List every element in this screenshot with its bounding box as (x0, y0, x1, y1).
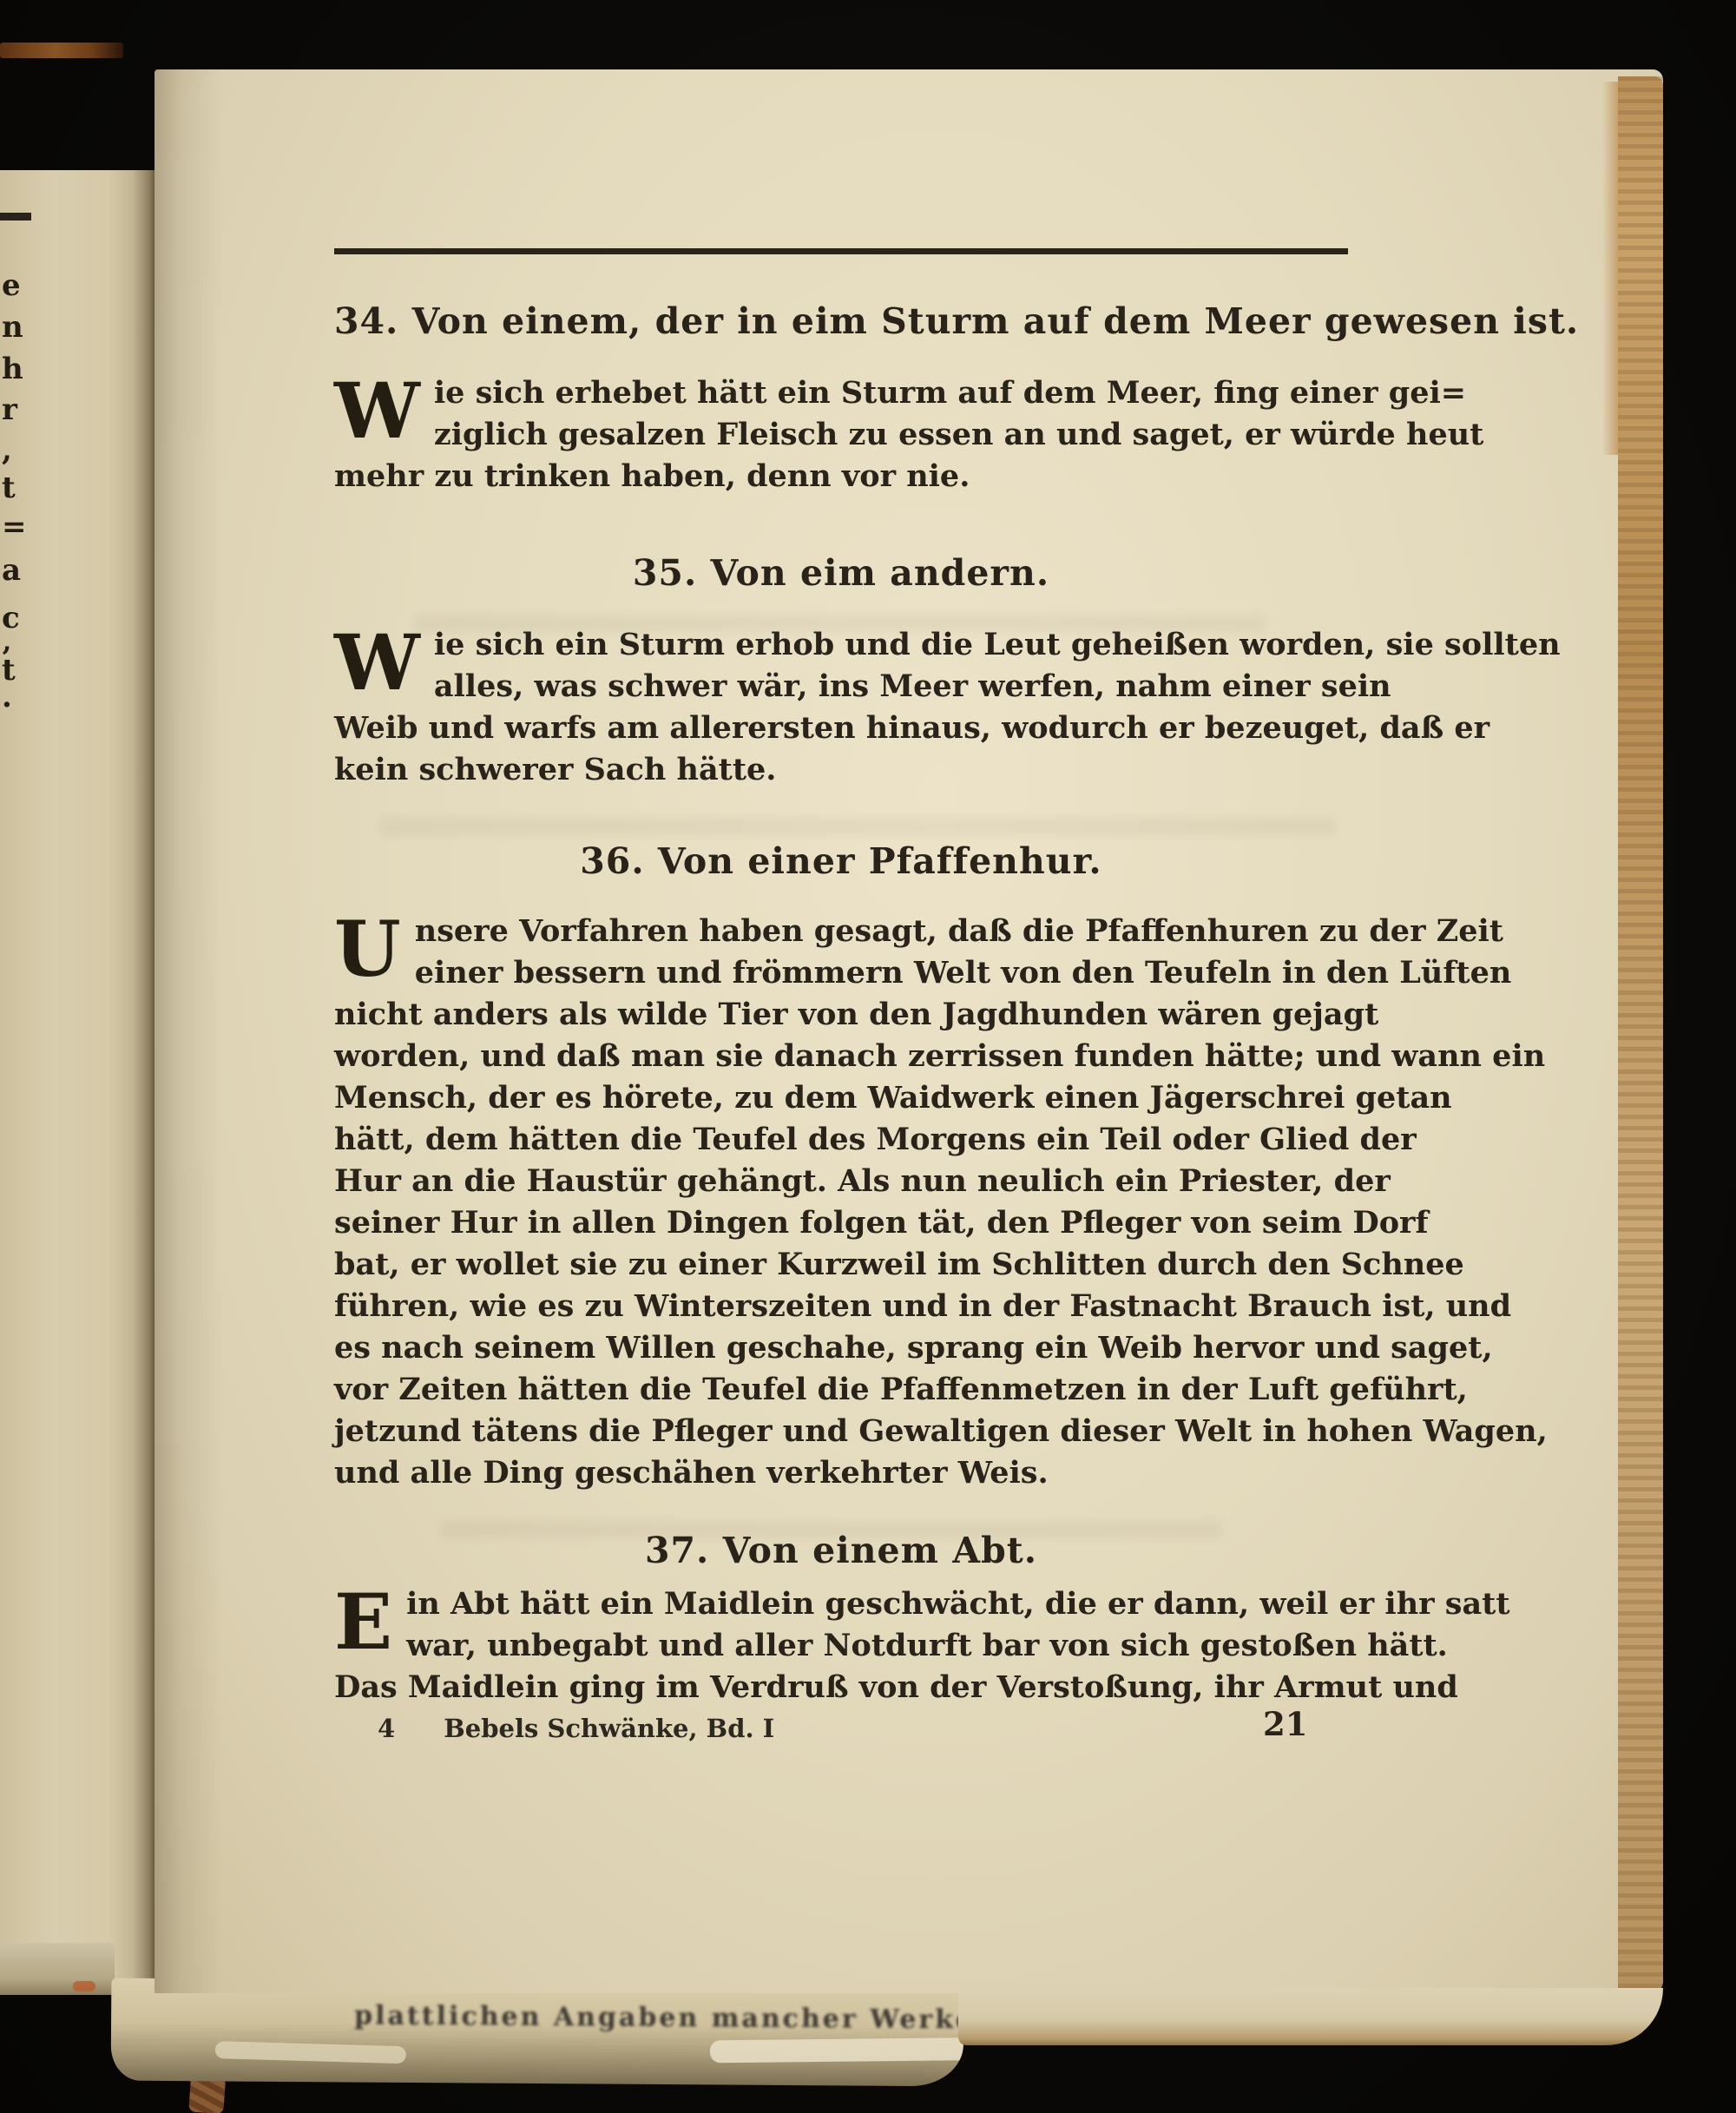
text-line: hätt, dem hätten die Teufel des Morgens … (334, 1119, 1348, 1161)
facing-page-edge: e n h r , t = a c ‚ t . (0, 170, 155, 1988)
signature-mark: 4 (378, 1714, 395, 1743)
protruding-page: plattlichen Angaben mancher Werke (111, 1978, 964, 2087)
text-line: war, unbegabt und aller Notdurft bar von… (334, 1625, 1348, 1667)
text-line: mehr zu trinken haben, denn vor nie. (334, 456, 1348, 497)
spine-leather-edge (0, 43, 123, 58)
book-page: 34. Von einem, der in eim Sturm auf dem … (155, 69, 1663, 1993)
protruding-page-text: plattlichen Angaben mancher Werke (111, 1999, 963, 2036)
text-line: nsere Vorfahren haben gesagt, daß die Pf… (334, 911, 1348, 952)
torn-paper-strip (215, 2041, 406, 2064)
text-line: führen, wie es zu Winterszeiten und in d… (334, 1286, 1348, 1327)
text-line: und alle Ding geschähen verkehrter Weis. (334, 1452, 1348, 1494)
text-line: worden, und daß man sie danach zerrissen… (334, 1036, 1348, 1077)
story-34-paragraph: W ie sich erhebet hätt ein Sturm auf dem… (334, 372, 1348, 497)
facing-page-text-fragment: , (2, 436, 12, 465)
text-line: Weib und warfs am allerersten hinaus, wo… (334, 708, 1348, 749)
page-fore-edge (1618, 76, 1663, 1990)
text-line: bat, er wollet sie zu einer Kurzweil im … (334, 1244, 1348, 1286)
drop-cap: W (334, 629, 420, 695)
text-line: vor Zeiten hätten die Teufel die Pfaffen… (334, 1369, 1348, 1411)
facing-page-text-fragment: e (2, 271, 21, 300)
text-line: Das Maidlein ging im Verdruß von der Ver… (334, 1667, 1348, 1708)
story-36-paragraph: U nsere Vorfahren haben gesagt, daß die … (334, 911, 1348, 1494)
story-37-paragraph: E in Abt hätt ein Maidlein geschwächt, d… (334, 1583, 1348, 1708)
text-line: kein schwerer Sach hätte. (334, 749, 1348, 791)
photo-backdrop: e n h r , t = a c ‚ t . plattlichen Anga… (0, 0, 1736, 2113)
text-line: nicht anders als wilde Tier von den Jagd… (334, 994, 1348, 1036)
facing-page-text-fragment: = (2, 512, 27, 542)
running-title: Bebels Schwänke, Bd. I (444, 1714, 774, 1743)
text-line: einer bessern und frömmern Welt von den … (334, 952, 1348, 994)
page-bottom-edge (958, 1988, 1663, 2045)
facing-page-text-fragment: h (2, 354, 23, 384)
facing-page-text-fragment: . (2, 682, 12, 712)
text-line: ziglich gesalzen Fleisch zu essen an und… (334, 414, 1348, 456)
facing-page-bottom-edge (0, 1943, 115, 1995)
binding-thread-speck (73, 1981, 95, 1991)
header-rule (334, 248, 1348, 254)
facing-page-text-fragment: ‚ (2, 627, 12, 656)
text-line: seiner Hur in allen Dingen folgen tät, d… (334, 1202, 1348, 1244)
text-line: ie sich ein Sturm erhob und die Leut geh… (334, 624, 1348, 666)
story-36-heading: 36. Von einer Pfaffenhur. (334, 839, 1348, 884)
facing-page-text-fragment: t (2, 473, 16, 503)
facing-page-text-fragment: r (2, 395, 17, 425)
text-line: in Abt hätt ein Maidlein geschwächt, die… (334, 1583, 1348, 1625)
drop-cap: E (334, 1589, 392, 1655)
facing-page-text-fragment: n (2, 313, 23, 342)
page-footer: 4 Bebels Schwänke, Bd. I (334, 1714, 1348, 1743)
drop-cap: W (334, 378, 420, 444)
text-line: jetzund tätens die Pfleger und Gewaltige… (334, 1411, 1348, 1452)
text-line: Mensch, der es hörete, zu dem Waidwerk e… (334, 1077, 1348, 1119)
text-block: 34. Von einem, der in eim Sturm auf dem … (334, 240, 1348, 1743)
facing-page-text-fragment: a (2, 556, 21, 585)
story-35-heading: 35. Von eim andern. (334, 550, 1348, 596)
text-line: Hur an die Haustür gehängt. Als nun neul… (334, 1161, 1348, 1202)
torn-paper-strip (710, 2037, 964, 2064)
story-35-paragraph: W ie sich ein Sturm erhob und die Leut g… (334, 624, 1348, 791)
page-number: 21 (1263, 1705, 1308, 1743)
drop-cap: U (334, 916, 401, 982)
story-37-heading: 37. Von einem Abt. (334, 1528, 1348, 1573)
text-line: alles, was schwer wär, ins Meer werfen, … (334, 666, 1348, 708)
story-34-heading: 34. Von einem, der in eim Sturm auf dem … (334, 299, 1348, 344)
facing-page-rule-fragment (0, 213, 31, 221)
gutter-crease (155, 69, 222, 1993)
text-line: ie sich erhebet hätt ein Sturm auf dem M… (334, 372, 1348, 414)
text-line: es nach seinem Willen geschahe, sprang e… (334, 1327, 1348, 1369)
